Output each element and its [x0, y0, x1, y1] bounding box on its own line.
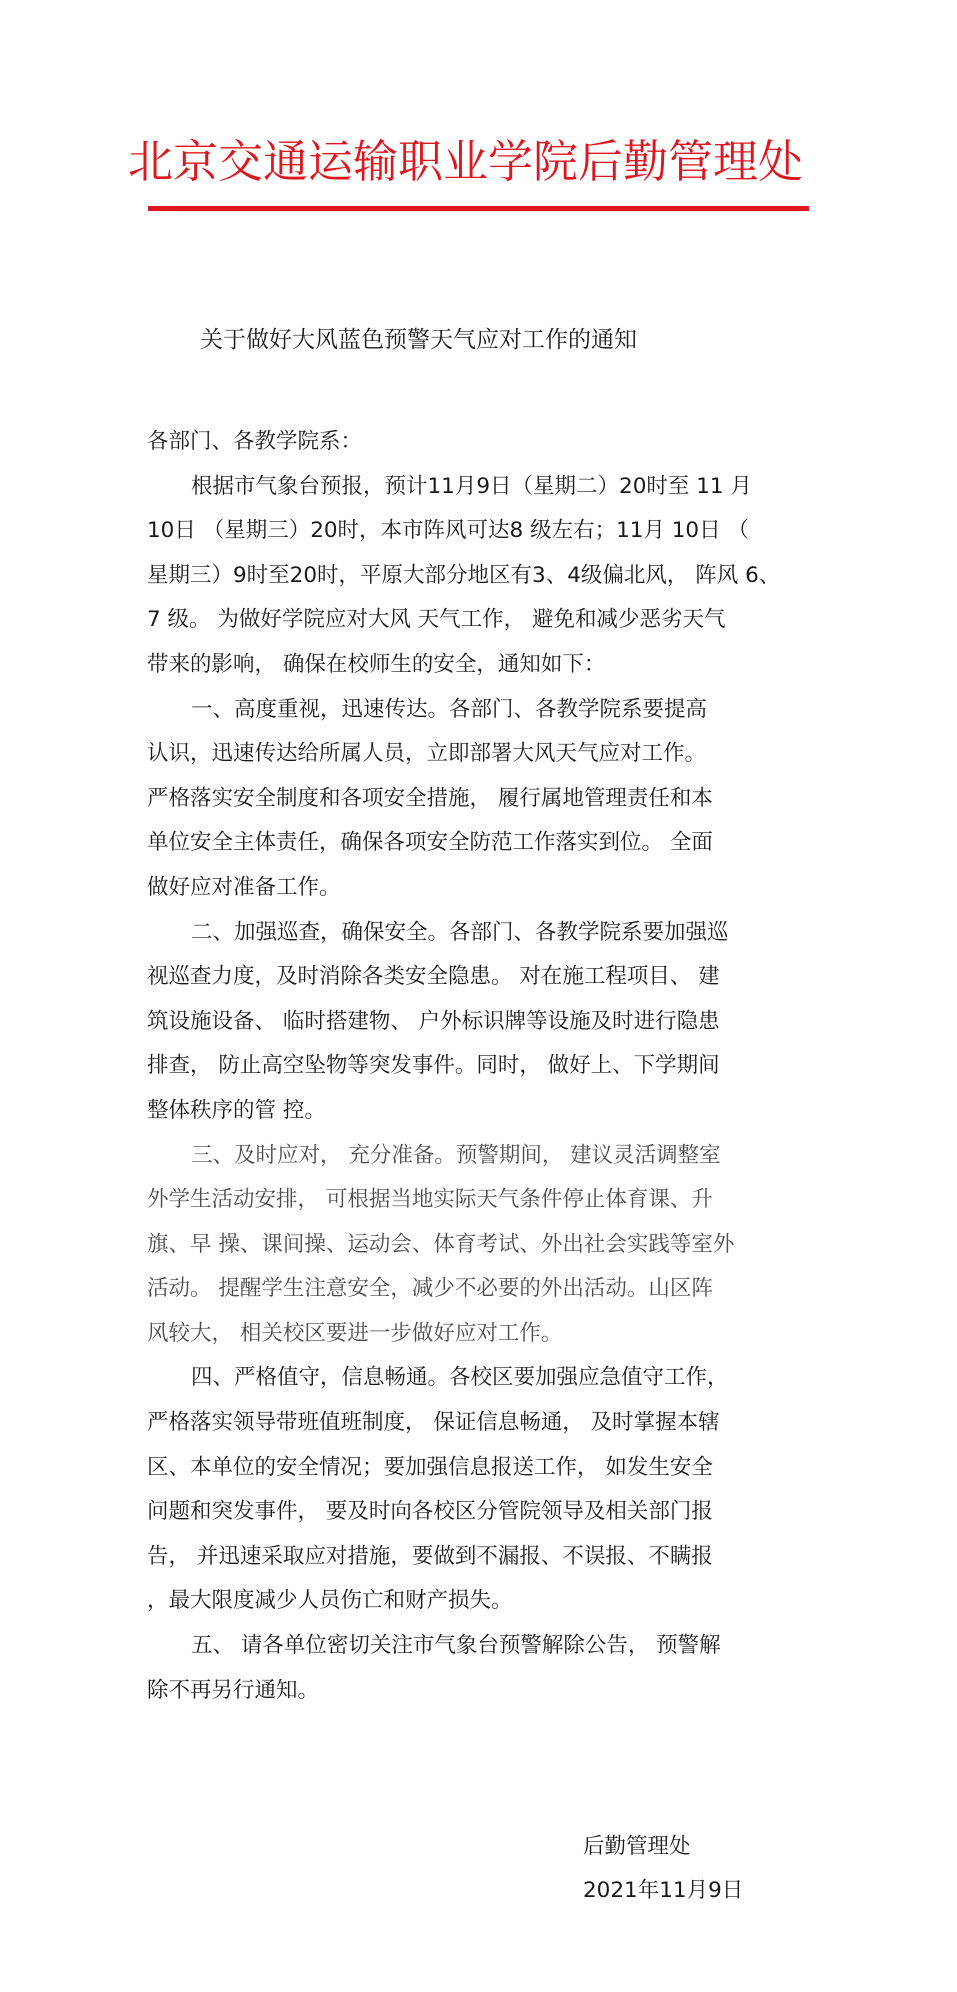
body-line: 严格落实安全制度和各项安全措施， 履行属地管理责任和本 — [147, 777, 797, 822]
signature-date: 2021年11月9日 — [583, 1869, 743, 1913]
body-line: 视巡查力度，及时消除各类安全隐患。 对在施工程项目、 建 — [147, 955, 797, 1000]
body-line: 区、本单位的安全情况；要加强信息报送工作， 如发生安全 — [147, 1446, 797, 1491]
body-line: 严格落实领导带班值班制度， 保证信息畅通， 及时掌握本辖 — [147, 1401, 797, 1446]
body-line: 旗、早 操、课间操、运动会、体育考试、外出社会实践等室外 — [147, 1223, 797, 1268]
notice-body: 各部门、各教学院系： 根据市气象台预报，预计11月9日（星期二）20时至 11 … — [147, 420, 797, 1713]
body-line: 整体秩序的管 控。 — [147, 1089, 797, 1134]
body-line: 做好应对准备工作。 — [147, 866, 797, 911]
signature-department: 后勤管理处 — [583, 1825, 743, 1869]
body-line: 筑设施设备、 临时搭建物、 户外标识牌等设施及时进行隐患 — [147, 1000, 797, 1045]
body-line: ，最大限度减少人员伤亡和财产损失。 — [147, 1579, 797, 1624]
signature-block: 后勤管理处 2021年11月9日 — [583, 1825, 743, 1913]
body-line: 风较大， 相关校区要进一步做好应对工作。 — [147, 1312, 797, 1357]
body-line: 外学生活动安排， 可根据当地实际天气条件停止体育课、升 — [147, 1178, 797, 1223]
body-line: 活动。 提醒学生注意安全，减少不必要的外出活动。山区阵 — [147, 1267, 797, 1312]
body-line: 7 级。 为做好学院应对大风 天气工作， 避免和减少恶劣天气 — [147, 598, 797, 643]
body-line: 五、 请各单位密切关注市气象台预警解除公告， 预警解 — [147, 1624, 797, 1669]
letterhead-red-rule — [148, 206, 809, 211]
body-line: 二、加强巡查，确保安全。各部门、各教学院系要加强巡 — [147, 911, 797, 956]
body-paragraphs: 根据市气象台预报，预计11月9日（星期二）20时至 11 月10日 （星期三）2… — [147, 465, 797, 1714]
body-line: 认识，迅速传达给所属人员，立即部署大风天气应对工作。 — [147, 732, 797, 777]
org-title: 北京交通运输职业学院后勤管理处 — [128, 132, 808, 192]
body-line: 根据市气象台预报，预计11月9日（星期二）20时至 11 月 — [147, 465, 797, 510]
body-line: 问题和突发事件， 要及时向各校区分管院领导及相关部门报 — [147, 1490, 797, 1535]
body-line: 三、及时应对， 充分准备。预警期间， 建议灵活调整室 — [147, 1134, 797, 1179]
body-line: 排查， 防止高空坠物等突发事件。同时， 做好上、下学期间 — [147, 1044, 797, 1089]
body-line: 四、严格值守，信息畅通。各校区要加强应急值守工作， — [147, 1356, 797, 1401]
body-line: 单位安全主体责任，确保各项安全防范工作落实到位。 全面 — [147, 821, 797, 866]
body-line: 一、高度重视，迅速传达。各部门、各教学院系要提高 — [147, 688, 797, 733]
body-line: 告， 并迅速采取应对措施，要做到不漏报、不误报、不瞒报 — [147, 1535, 797, 1580]
body-line: 星期三）9时至20时，平原大部分地区有3、4级偏北风， 阵风 6、 — [147, 554, 797, 599]
notice-title: 关于做好大风蓝色预警天气应对工作的通知 — [200, 322, 760, 358]
body-line: 10日 （星期三）20时，本市阵风可达8 级左右；11月 10日 （ — [147, 509, 797, 554]
salutation: 各部门、各教学院系： — [147, 420, 797, 465]
body-line: 带来的影响， 确保在校师生的安全，通知如下： — [147, 643, 797, 688]
body-line: 除不再另行通知。 — [147, 1669, 797, 1714]
